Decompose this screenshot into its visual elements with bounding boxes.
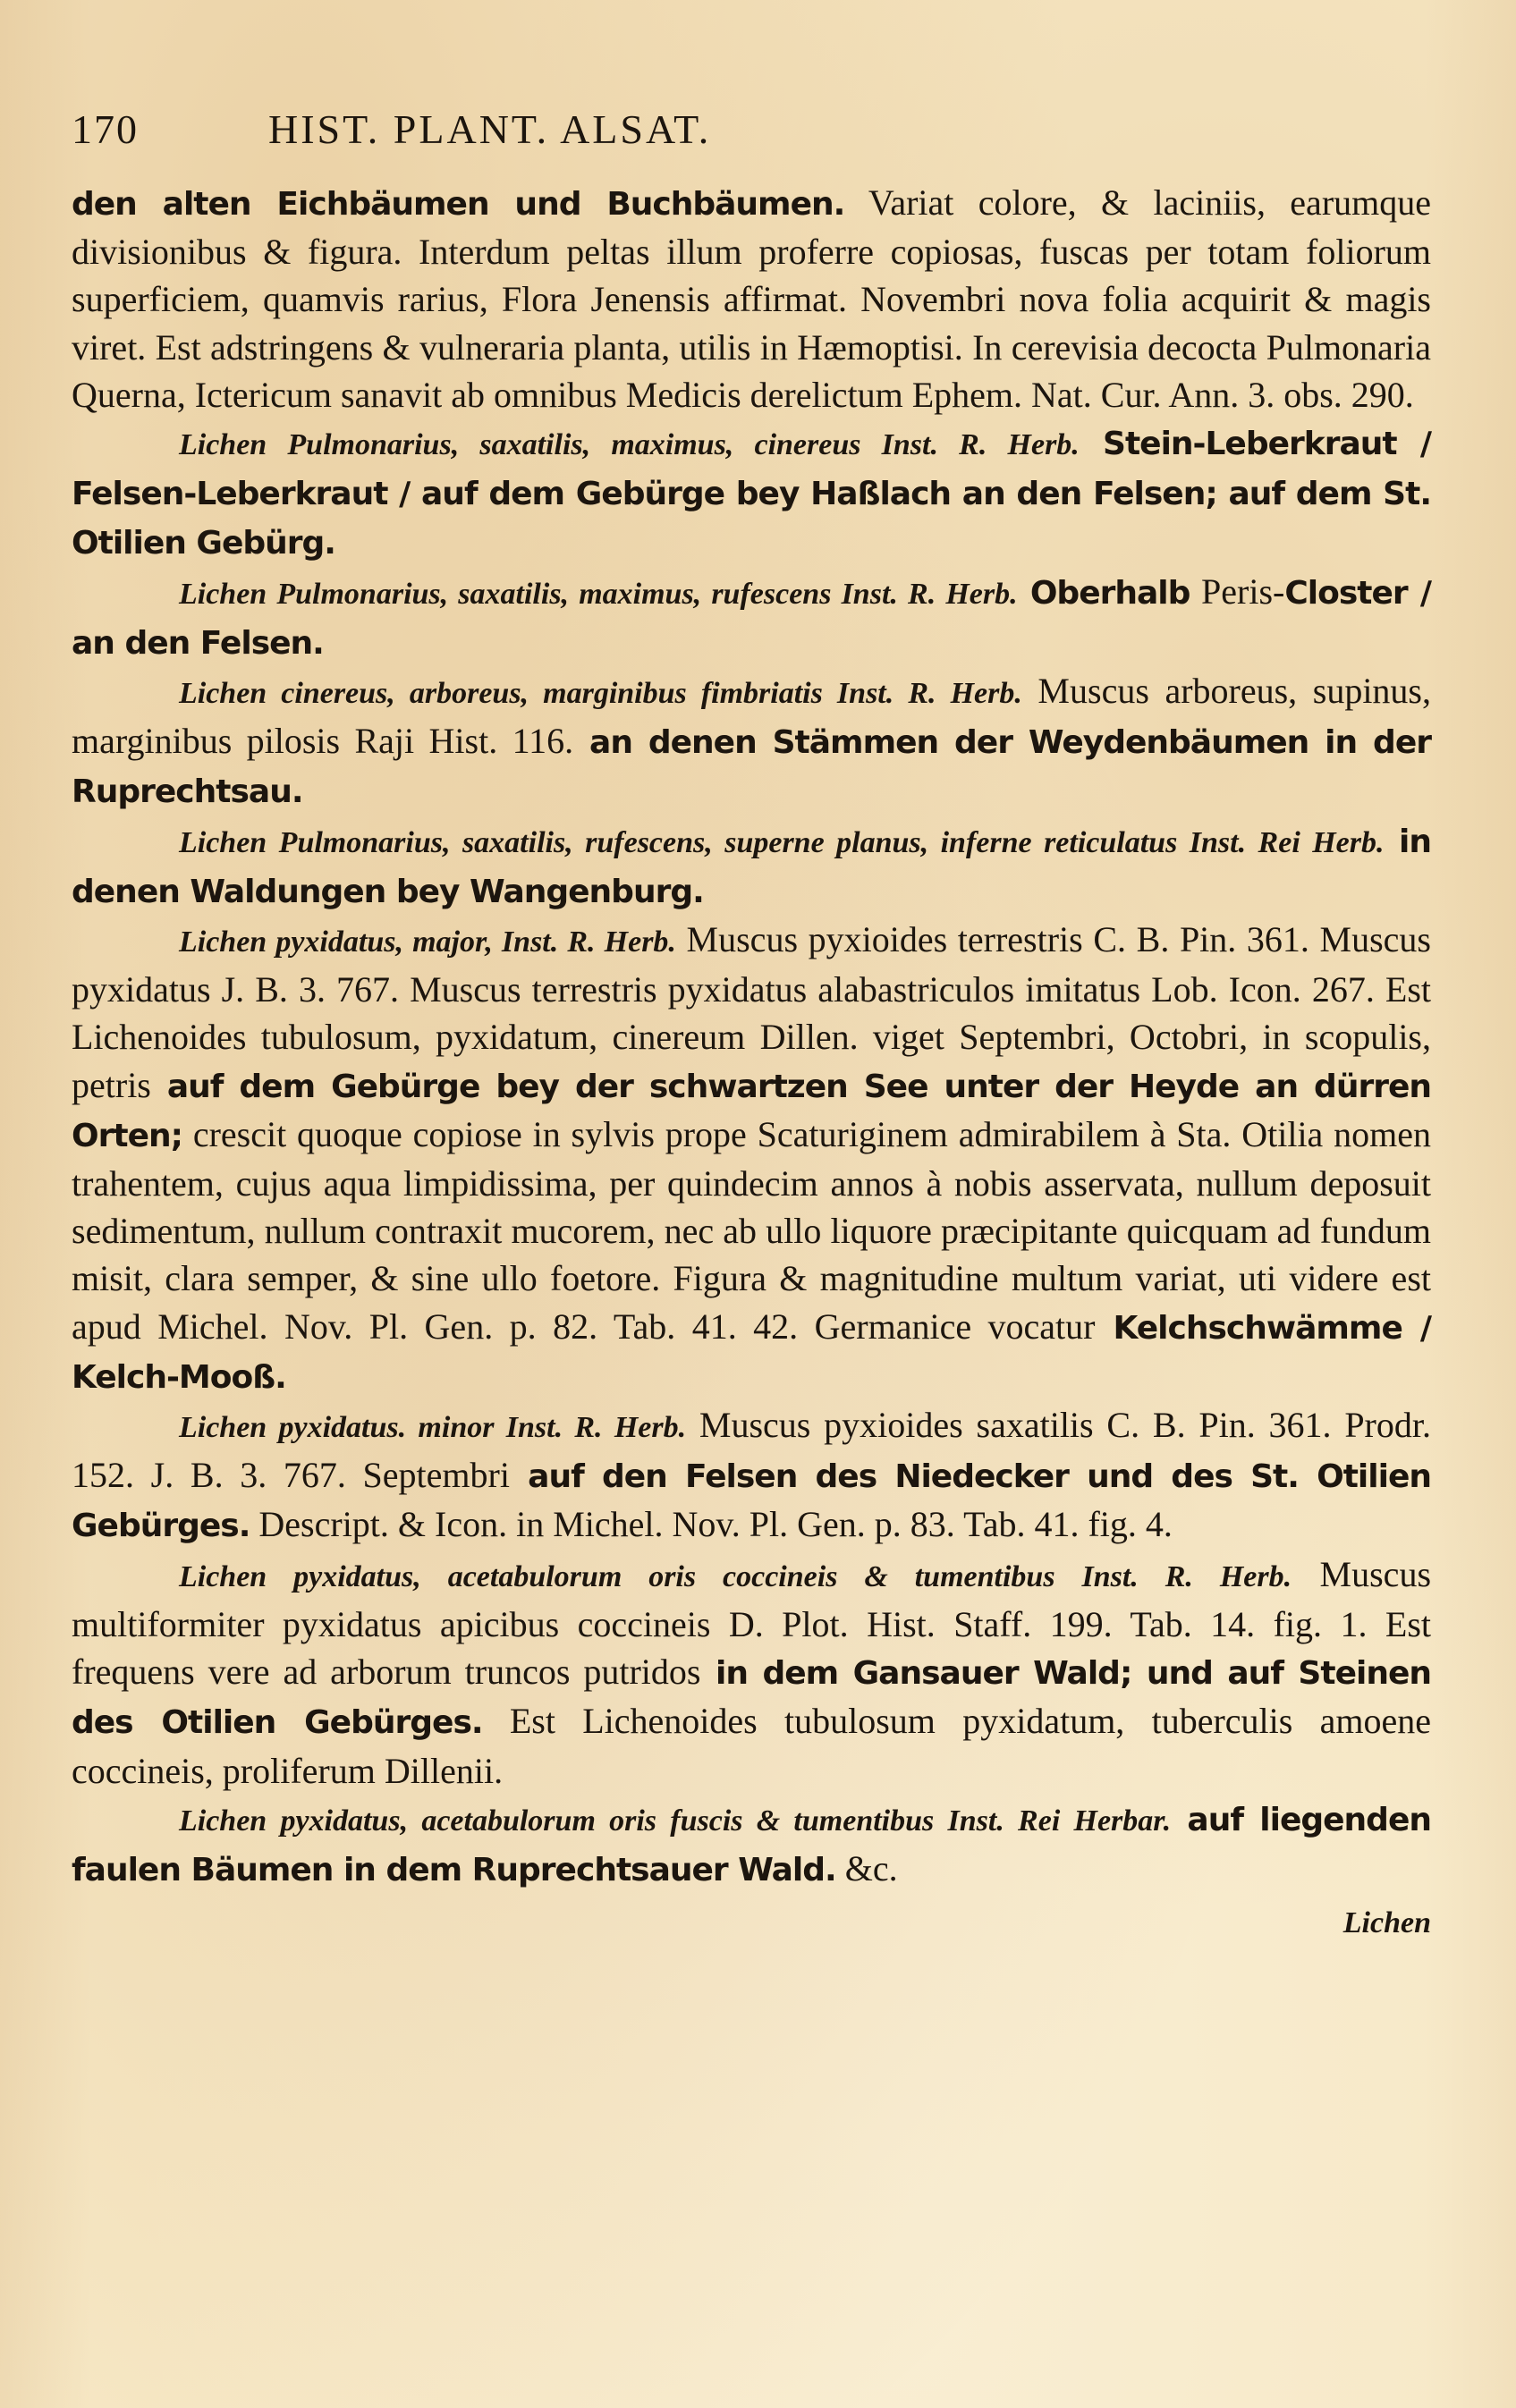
page-header: 170 HIST. PLANT. ALSAT. xyxy=(72,106,1431,161)
paragraph: Lichen pyxidatus, acetabulorum oris fusc… xyxy=(72,1795,1431,1894)
species-name: Lichen pyxidatus, acetabulorum oris cocc… xyxy=(179,1560,1292,1593)
species-name: Lichen Pulmonarius, saxatilis, rufescens… xyxy=(179,826,1385,859)
species-name: Lichen pyxidatus, acetabulorum oris fusc… xyxy=(179,1804,1171,1838)
species-name: Lichen pyxidatus, major, Inst. R. Herb. xyxy=(179,925,676,959)
species-name: Lichen pyxidatus. minor Inst. R. Herb. xyxy=(179,1411,686,1444)
latin-text: &c. xyxy=(836,1848,898,1888)
latin-text: Descript. & Icon. in Michel. Nov. Pl. Ge… xyxy=(250,1504,1173,1544)
paragraph: Lichen pyxidatus, acetabulorum oris cocc… xyxy=(72,1550,1431,1795)
latin-text: Peris- xyxy=(1190,571,1284,612)
book-page: 170 HIST. PLANT. ALSAT. den alten Eichbä… xyxy=(72,106,1431,1940)
german-locality-text: den alten Eichbäumen und Buchbäumen. xyxy=(72,186,844,223)
species-name: Lichen Pulmonarius, saxatilis, maximus, … xyxy=(179,578,1018,611)
page-number: 170 xyxy=(72,106,268,153)
paragraph: Lichen pyxidatus, major, Inst. R. Herb. … xyxy=(72,916,1431,1401)
paragraph: den alten Eichbäumen und Buchbäumen. Var… xyxy=(72,179,1431,418)
paragraph: Lichen Pulmonarius, saxatilis, rufescens… xyxy=(72,816,1431,916)
german-locality-text: Oberhalb xyxy=(1018,575,1190,612)
species-name: Lichen cinereus, arboreus, marginibus fi… xyxy=(179,677,1022,710)
paragraph: Lichen cinereus, arboreus, marginibus fi… xyxy=(72,667,1431,816)
paragraph: Lichen pyxidatus. minor Inst. R. Herb. M… xyxy=(72,1401,1431,1550)
paragraph: Lichen Pulmonarius, saxatilis, maximus, … xyxy=(72,418,1431,568)
paragraph: Lichen Pulmonarius, saxatilis, maximus, … xyxy=(72,568,1431,667)
running-title: HIST. PLANT. ALSAT. xyxy=(268,106,711,153)
body-text: den alten Eichbäumen und Buchbäumen. Var… xyxy=(72,179,1431,1894)
catchword: Lichen xyxy=(72,1906,1431,1940)
species-name: Lichen Pulmonarius, saxatilis, maximus, … xyxy=(179,428,1080,461)
